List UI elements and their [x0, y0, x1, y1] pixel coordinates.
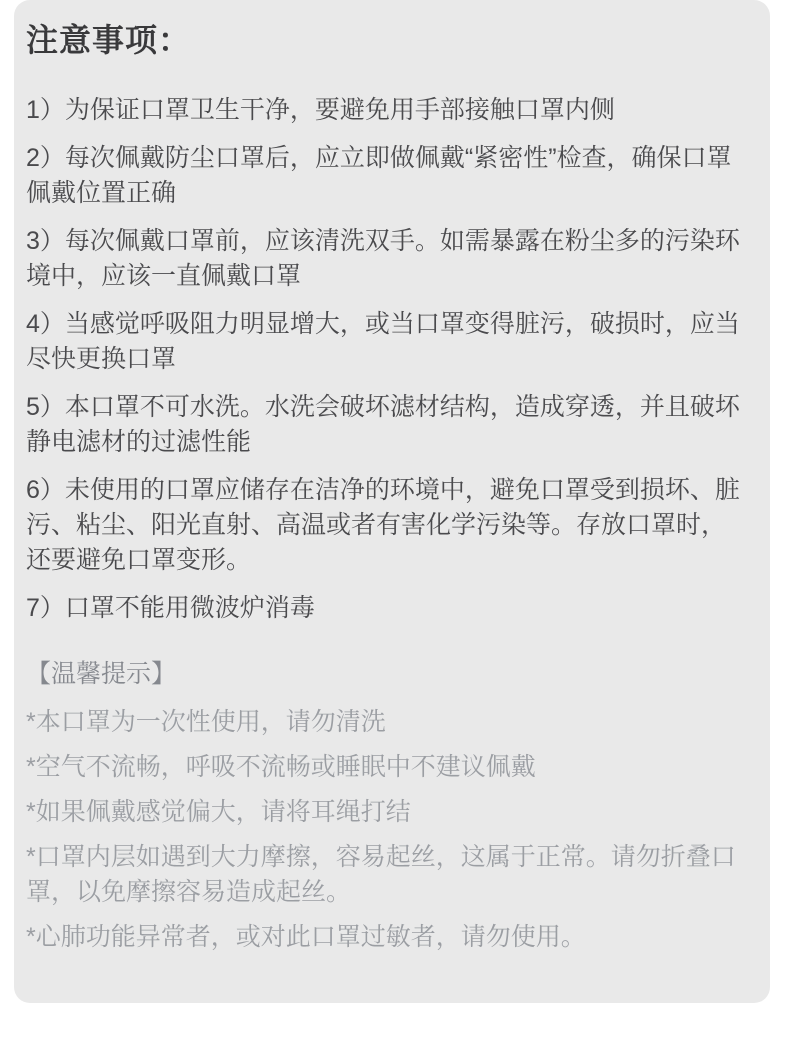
note-item-6: 6）未使用的口罩应储存在洁净的环境中，避免口罩受到损坏、脏污、粘尘、阳光直射、高…	[26, 473, 744, 578]
notes-list: 1）为保证口罩卫生干净，要避免用手部接触口罩内侧 2）每次佩戴防尘口罩后，应立即…	[26, 93, 744, 626]
tip-item-4: *口罩内层如遇到大力摩擦，容易起丝，这属于正常。请勿折叠口罩，以免摩擦容易造成起…	[26, 840, 744, 910]
note-item-3: 3）每次佩戴口罩前，应该清洗双手。如需暴露在粉尘多的污染环境中，应该一直佩戴口罩	[26, 224, 744, 294]
note-item-5: 5）本口罩不可水洗。水洗会破坏滤材结构，造成穿透，并且破坏静电滤材的过滤性能	[26, 390, 744, 460]
tip-item-1: *本口罩为一次性使用，请勿清洗	[26, 705, 744, 740]
page: 注意事项： 1）为保证口罩卫生干净，要避免用手部接触口罩内侧 2）每次佩戴防尘口…	[0, 0, 790, 1041]
note-item-7: 7）口罩不能用微波炉消毒	[26, 591, 744, 626]
note-item-4: 4）当感觉呼吸阻力明显增大，或当口罩变得脏污，破损时，应当尽快更换口罩	[26, 307, 744, 377]
tip-item-2: *空气不流畅，呼吸不流畅或睡眠中不建议佩戴	[26, 750, 744, 785]
precautions-content: 注意事项： 1）为保证口罩卫生干净，要避免用手部接触口罩内侧 2）每次佩戴防尘口…	[14, 0, 746, 955]
precautions-card: 注意事项： 1）为保证口罩卫生干净，要避免用手部接触口罩内侧 2）每次佩戴防尘口…	[14, 0, 770, 1003]
tips-header: 【温馨提示】	[26, 657, 744, 692]
note-item-1: 1）为保证口罩卫生干净，要避免用手部接触口罩内侧	[26, 93, 744, 128]
note-item-2: 2）每次佩戴防尘口罩后，应立即做佩戴“紧密性”检查，确保口罩佩戴位置正确	[26, 141, 744, 211]
tips-section: 【温馨提示】 *本口罩为一次性使用，请勿清洗 *空气不流畅，呼吸不流畅或睡眠中不…	[26, 657, 744, 955]
page-title: 注意事项：	[26, 20, 746, 60]
tip-item-5: *心肺功能异常者，或对此口罩过敏者，请勿使用。	[26, 920, 744, 955]
tip-item-3: *如果佩戴感觉偏大，请将耳绳打结	[26, 795, 744, 830]
